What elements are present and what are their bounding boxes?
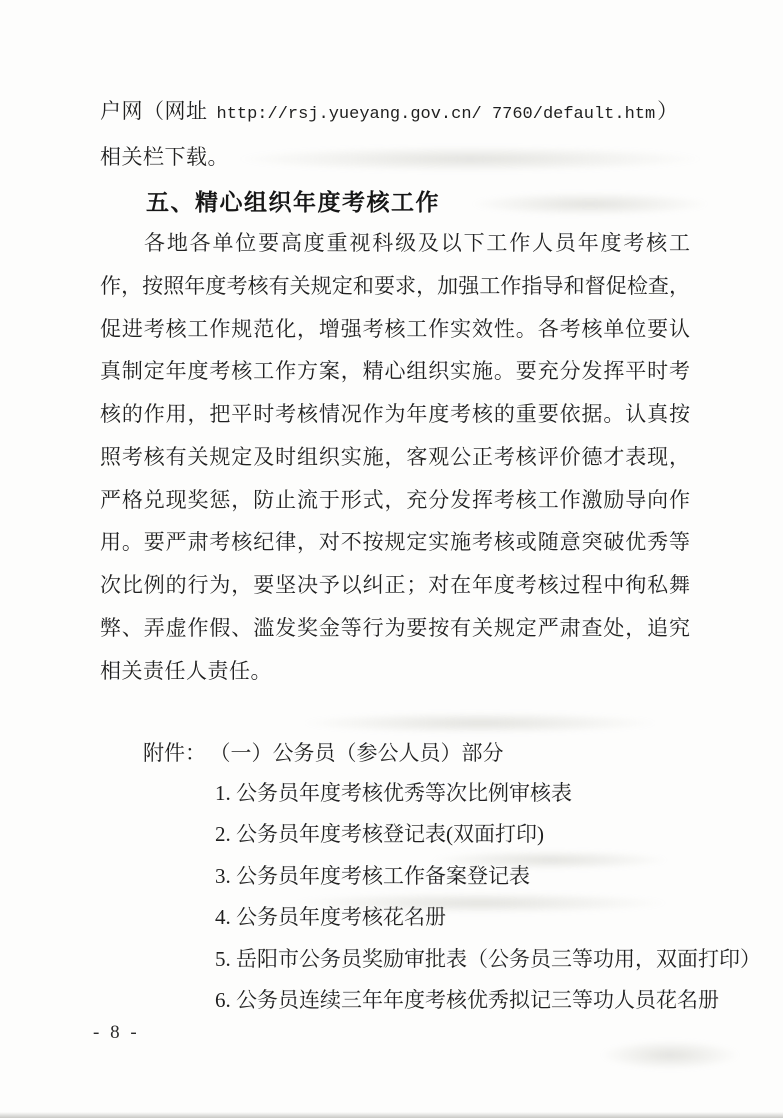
page-number: - 8 - (93, 1022, 140, 1044)
paragraph-line: 相关责任人责任。 (100, 656, 690, 686)
attachment-item: 4. 公务员年度考核花名册 (215, 901, 446, 931)
paragraph-line: 各地各单位要高度重视科级及以下工作人员年度考核工 (100, 228, 690, 258)
scan-edge (0, 1112, 783, 1118)
attachment-item: 5. 岳阳市公务员奖励审批表（公务员三等功用，双面打印） (215, 943, 761, 973)
intro-line-prefix: 户网（网址 (100, 99, 208, 123)
attachment-item: 1. 公务员年度考核优秀等次比例审核表 (215, 777, 572, 807)
section-heading: 五、精心组织年度考核工作 (146, 184, 440, 217)
paragraph-line: 严格兑现奖惩，防止流于形式，充分发挥考核工作激励导向作 (100, 485, 690, 515)
paragraph-line: 用。要严肃考核纪律，对不按规定实施考核或随意突破优秀等 (100, 527, 690, 557)
attachment-item: 6. 公务员连续三年年度考核优秀拟记三等功人员花名册 (215, 984, 719, 1014)
scan-smudge (470, 192, 710, 216)
attachment-item: 3. 公务员年度考核工作备案登记表 (215, 860, 530, 890)
attachments-header: 附件：（一）公务员（参公人员）部分 (143, 737, 504, 767)
intro-line-url: 户网（网址http://rsj.yueyang.gov.cn/ 7760/def… (100, 96, 690, 130)
attachment-item: 2. 公务员年度考核登记表(双面打印) (215, 818, 544, 848)
document-page: 户网（网址http://rsj.yueyang.gov.cn/ 7760/def… (0, 0, 783, 1118)
paragraph-line: 促进考核工作规范化，增强考核工作实效性。各考核单位要认 (100, 314, 690, 344)
paragraph-line: 真制定年度考核工作方案，精心组织实施。要充分发挥平时考 (100, 356, 690, 386)
scan-smudge (300, 712, 660, 734)
paragraph-line: 核的作用，把平时考核情况作为年度考核的重要依据。认真按 (100, 399, 690, 429)
scan-smudge (600, 1040, 740, 1070)
paragraph-line: 作，按照年度考核有关规定和要求，加强工作指导和督促检查， (100, 271, 690, 301)
paragraph-line: 弊、弄虚作假、滥发奖金等行为要按有关规定严肃查处，追究 (100, 613, 690, 643)
intro-line-2: 相关栏下载。 (100, 142, 690, 172)
paragraph-line: 次比例的行为，要坚决予以纠正；对在年度考核过程中徇私舞 (100, 570, 690, 600)
attachments-group-title: （一）公务员（参公人员）部分 (220, 741, 504, 765)
website-url: http://rsj.yueyang.gov.cn/ 7760/default.… (217, 105, 656, 124)
attachments-label: 附件： (143, 741, 206, 765)
paragraph-line: 照考核有关规定及时组织实施，客观公正考核评价德才表现， (100, 442, 690, 472)
intro-line-suffix: ） (657, 99, 679, 123)
